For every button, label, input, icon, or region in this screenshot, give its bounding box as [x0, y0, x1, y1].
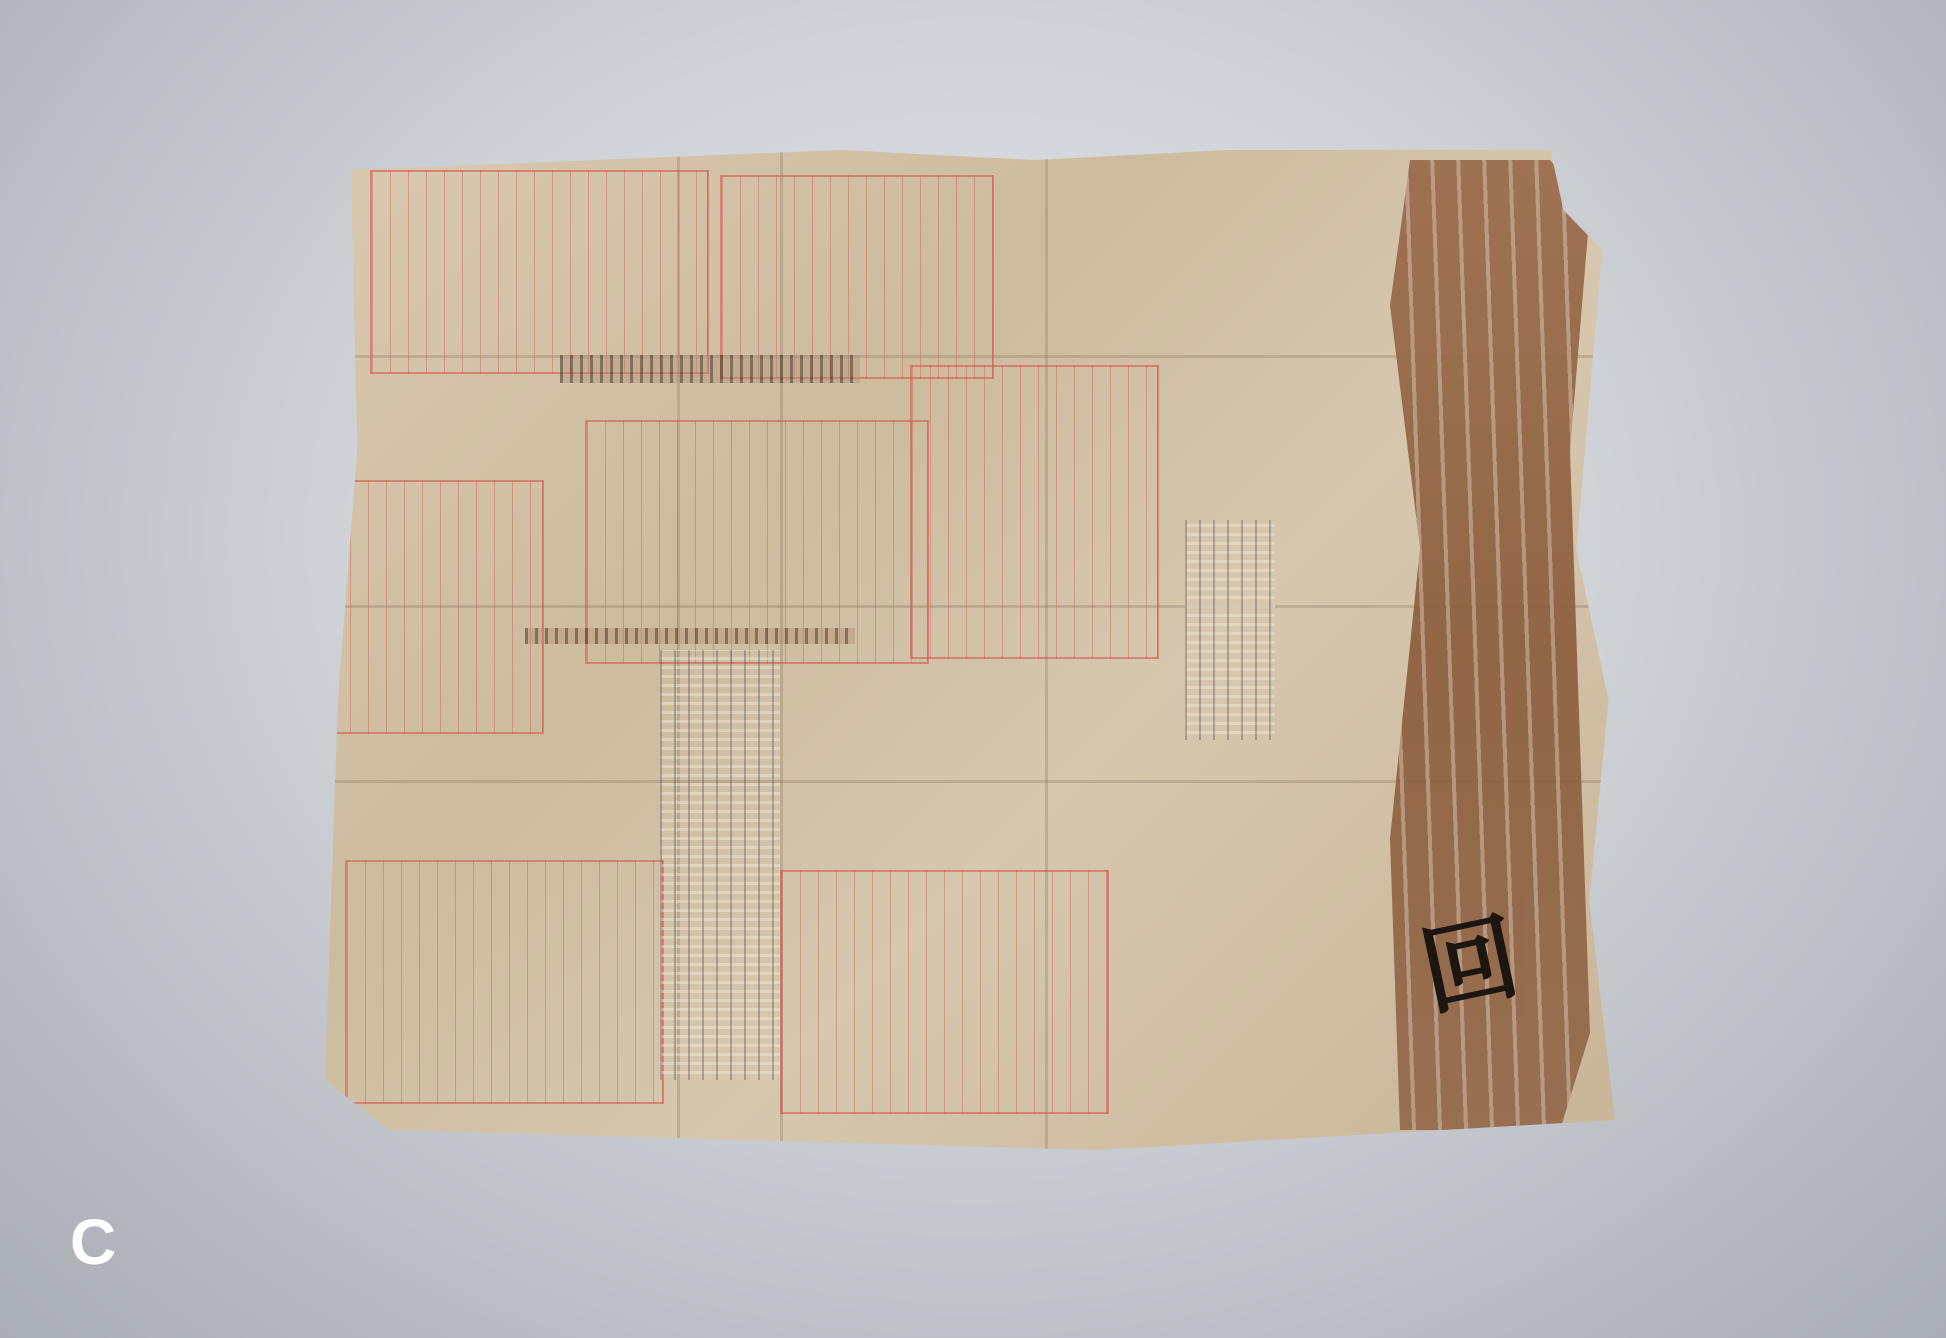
handwritten-label-strip: [525, 628, 855, 644]
photograph: 回 C: [0, 0, 1946, 1338]
ruled-form-grid: [345, 860, 664, 1104]
ruled-form-grid: [780, 870, 1109, 1114]
ruled-form-grid: [910, 365, 1159, 659]
handwritten-column-text: [660, 650, 780, 1080]
handwritten-label-strip: [560, 355, 860, 383]
ruled-form-grid: [330, 480, 544, 734]
ruled-form-grid: [370, 170, 709, 374]
handwritten-column-text: [1185, 520, 1275, 740]
ruled-form-grid: [720, 175, 994, 379]
figure-panel-label: C: [70, 1205, 116, 1279]
